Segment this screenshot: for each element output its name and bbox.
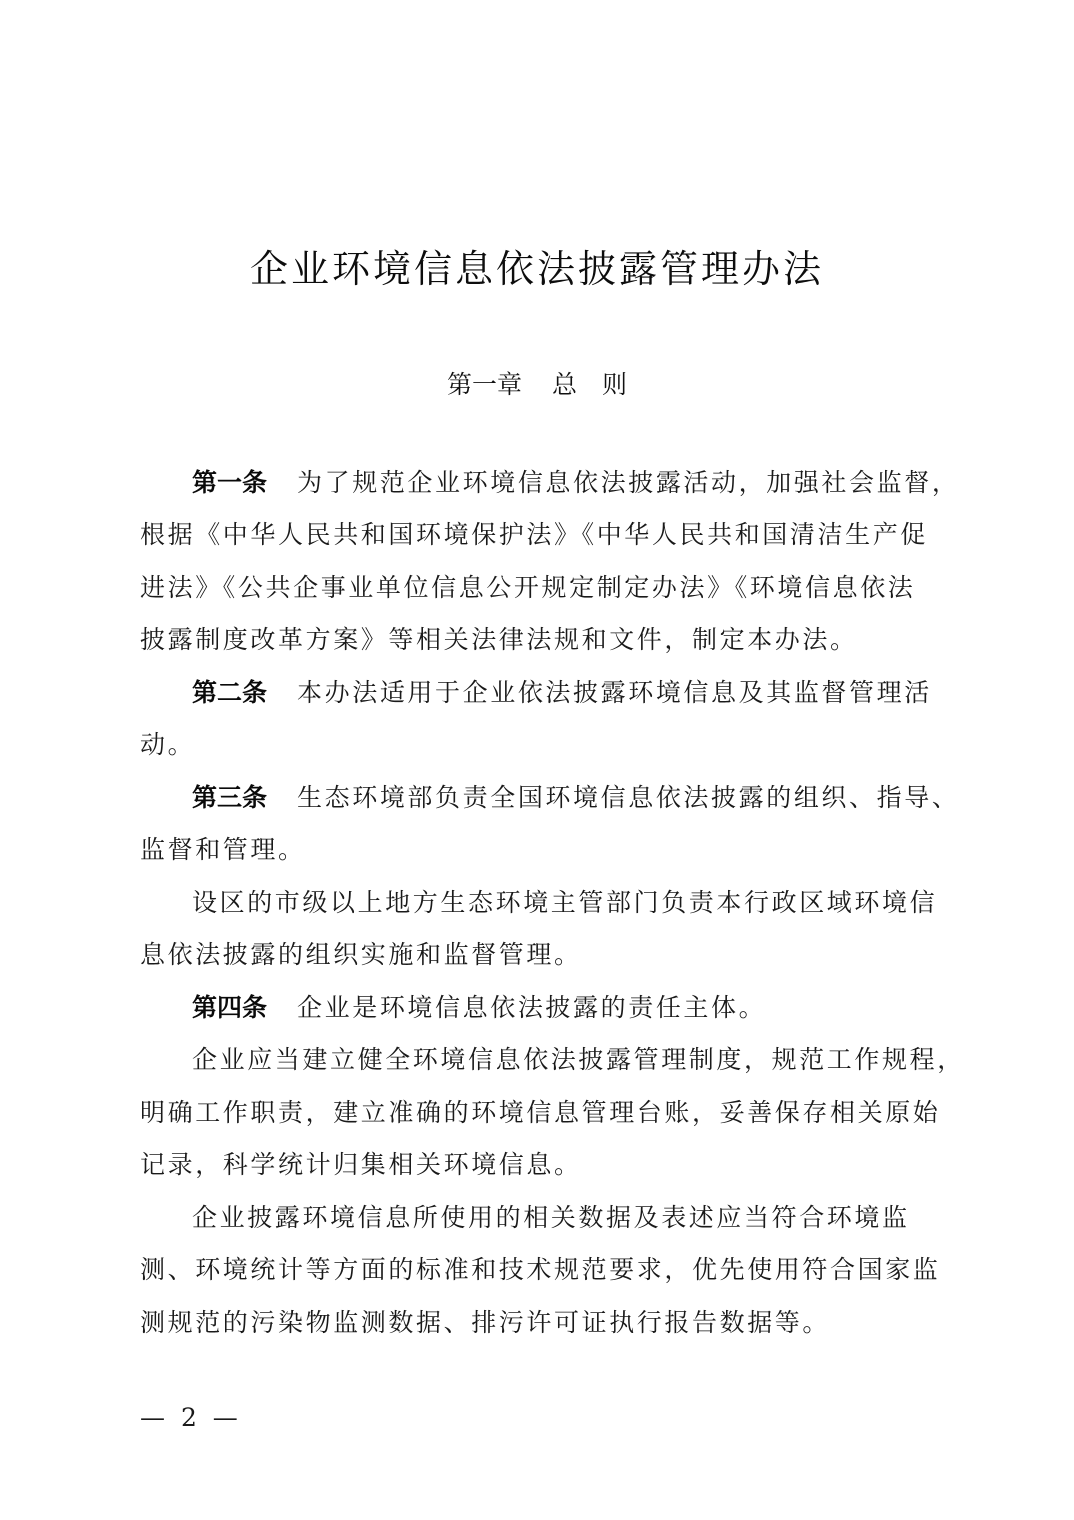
article-number: 第一条 (192, 468, 267, 497)
paragraph-line: 息依法披露的组织实施和监督管理。 (140, 937, 936, 973)
article-number: 第三条 (192, 783, 267, 812)
line-text: 企业是环境信息依法披露的责任主体。 (297, 993, 766, 1022)
paragraph-line: 动。 (140, 727, 936, 763)
page-number: — 2 — (140, 1400, 242, 1436)
paragraph-line: 根据《中华人民共和国环境保护法》《中华人民共和国清洁生产促 (140, 517, 936, 553)
article-number: 第四条 (192, 993, 267, 1022)
paragraph-line: 第一条为了规范企业环境信息依法披露活动，加强社会监督， (192, 465, 936, 501)
chapter-number: 第一章 (447, 365, 522, 405)
paragraph-line: 企业披露环境信息所使用的相关数据及表述应当符合环境监 (192, 1200, 936, 1236)
paragraph-line: 测、环境统计等方面的标准和技术规范要求，优先使用符合国家监 (140, 1252, 936, 1288)
paragraph-line: 第三条生态环境部负责全国环境信息依法披露的组织、指导、 (192, 780, 936, 816)
line-text: 为了规范企业环境信息依法披露活动，加强社会监督， (297, 468, 959, 497)
chapter-name: 总 则 (552, 365, 627, 405)
line-text: 生态环境部负责全国环境信息依法披露的组织、指导、 (297, 783, 959, 812)
paragraph-line: 设区的市级以上地方生态环境主管部门负责本行政区域环境信 (192, 885, 936, 921)
paragraph-line: 企业应当建立健全环境信息依法披露管理制度，规范工作规程， (192, 1042, 936, 1078)
paragraph-line: 监督和管理。 (140, 832, 936, 868)
paragraph-line: 第四条企业是环境信息依法披露的责任主体。 (192, 990, 936, 1026)
paragraph-line: 记录，科学统计归集相关环境信息。 (140, 1147, 936, 1183)
paragraph-line: 第二条本办法适用于企业依法披露环境信息及其监督管理活 (192, 675, 936, 711)
paragraph-line: 披露制度改革方案》等相关法律法规和文件，制定本办法。 (140, 622, 936, 658)
chapter-heading: 第一章总 则 (0, 365, 1074, 405)
paragraph-line: 明确工作职责，建立准确的环境信息管理台账，妥善保存相关原始 (140, 1095, 936, 1131)
article-number: 第二条 (192, 678, 267, 707)
document-page: 企业环境信息依法披露管理办法 第一章总 则 第一条为了规范企业环境信息依法披露活… (0, 0, 1074, 1520)
line-text: 本办法适用于企业依法披露环境信息及其监督管理活 (297, 678, 932, 707)
document-title: 企业环境信息依法披露管理办法 (0, 243, 1074, 295)
paragraph-line: 测规范的污染物监测数据、排污许可证执行报告数据等。 (140, 1305, 936, 1341)
paragraph-line: 进法》《公共企事业单位信息公开规定制定办法》《环境信息依法 (140, 570, 936, 606)
